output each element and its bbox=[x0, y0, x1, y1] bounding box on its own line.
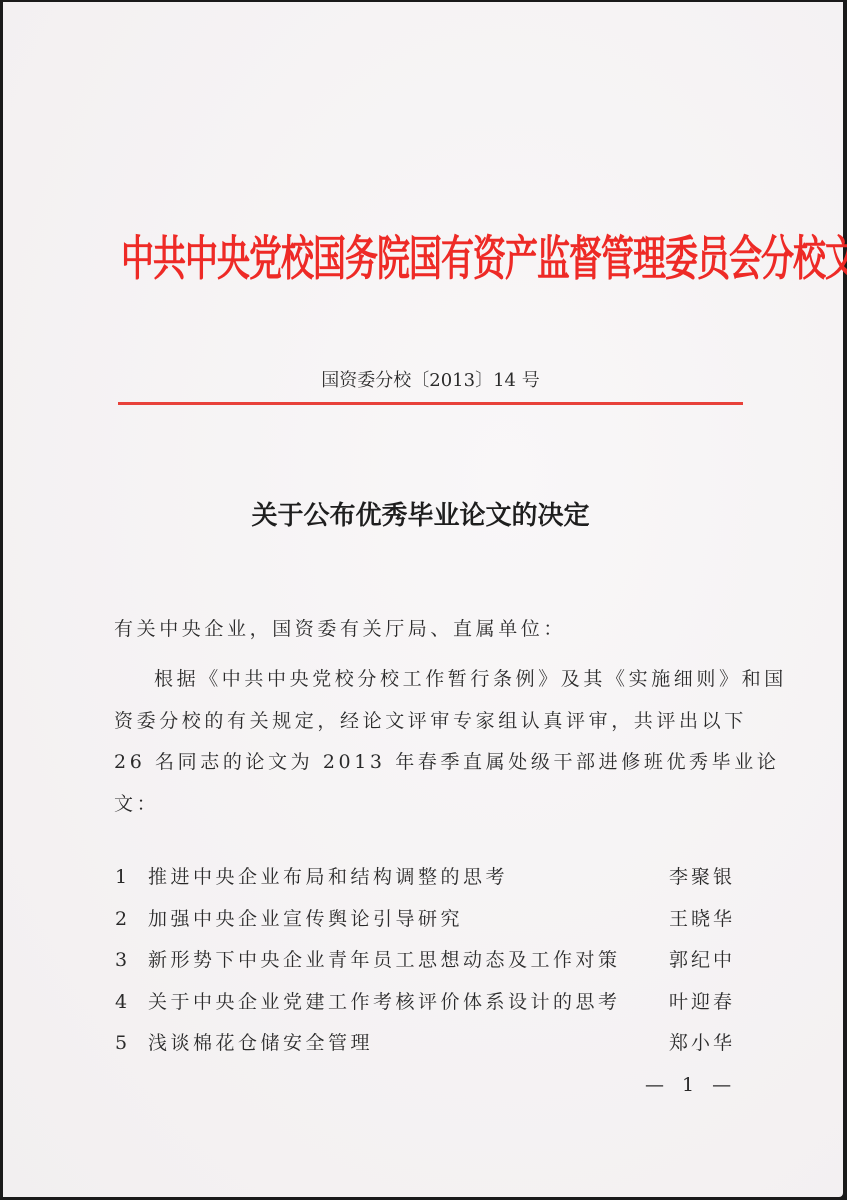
document-number: 国资委分校〔2013〕14 号 bbox=[3, 366, 847, 392]
thesis-title: 新形势下中央企业青年员工思想动态及工作对策 bbox=[148, 947, 621, 973]
list-item: 2 加强中央企业宣传舆论引导研究 王晓华 bbox=[115, 906, 735, 948]
item-number: 3 bbox=[115, 947, 135, 973]
thesis-list: 1 推进中央企业布局和结构调整的思考 李聚银 2 加强中央企业宣传舆论引导研究 … bbox=[115, 864, 735, 1072]
thesis-author: 王晓华 bbox=[669, 906, 735, 932]
paragraph-line: 资委分校的有关规定，经论文评审专家组认真评审，共评出以下 bbox=[114, 701, 740, 743]
thesis-author: 李聚银 bbox=[669, 864, 735, 890]
thesis-title: 加强中央企业宣传舆论引导研究 bbox=[148, 906, 463, 932]
thesis-author: 郑小华 bbox=[669, 1030, 735, 1056]
item-number: 2 bbox=[115, 906, 135, 932]
body-paragraph: 根据《中共中央党校分校工作暂行条例》及其《实施细则》和国 资委分校的有关规定，经… bbox=[114, 659, 740, 825]
page-number: — 1 — bbox=[645, 1074, 737, 1096]
thesis-title: 浅谈棉花仓储安全管理 bbox=[148, 1030, 373, 1056]
thesis-title: 推进中央企业布局和结构调整的思考 bbox=[148, 864, 508, 890]
document-masthead: 中共中央党校国务院国有资产监督管理委员会分校文件 bbox=[121, 208, 741, 310]
item-number: 4 bbox=[115, 989, 135, 1015]
paragraph-line: 根据《中共中央党校分校工作暂行条例》及其《实施细则》和国 bbox=[114, 659, 740, 701]
item-number: 5 bbox=[115, 1030, 135, 1056]
document-page: 中共中央党校国务院国有资产监督管理委员会分校文件 国资委分校〔2013〕14 号… bbox=[3, 2, 843, 1197]
list-item: 3 新形势下中央企业青年员工思想动态及工作对策 郭纪中 bbox=[115, 947, 735, 989]
paragraph-line: 26 名同志的论文为 2013 年春季直属处级干部进修班优秀毕业论 bbox=[114, 742, 740, 784]
paragraph-line: 文： bbox=[114, 784, 740, 826]
thesis-title: 关于中央企业党建工作考核评价体系设计的思考 bbox=[148, 989, 621, 1015]
red-divider-line bbox=[118, 402, 743, 405]
list-item: 1 推进中央企业布局和结构调整的思考 李聚银 bbox=[115, 864, 735, 906]
document-title: 关于公布优秀毕业论文的决定 bbox=[3, 495, 847, 532]
thesis-author: 叶迎春 bbox=[669, 989, 735, 1015]
salutation: 有关中央企业，国资委有关厅局、直属单位： bbox=[114, 614, 740, 641]
thesis-author: 郭纪中 bbox=[669, 947, 735, 973]
list-item: 4 关于中央企业党建工作考核评价体系设计的思考 叶迎春 bbox=[115, 989, 735, 1031]
list-item: 5 浅谈棉花仓储安全管理 郑小华 bbox=[115, 1030, 735, 1072]
item-number: 1 bbox=[115, 864, 135, 890]
